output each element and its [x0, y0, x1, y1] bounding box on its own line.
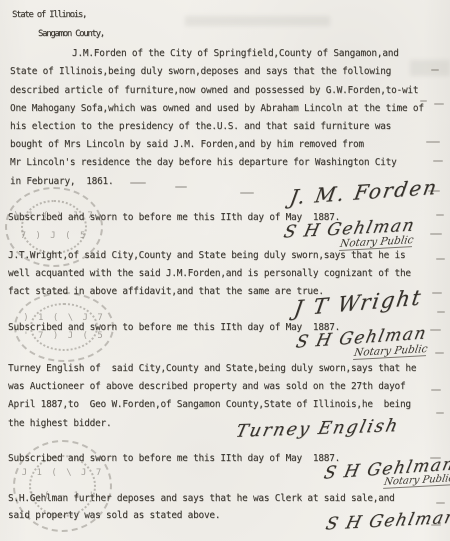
scan-artifact-dash: [130, 182, 146, 184]
scan-smudge: [410, 60, 450, 76]
english-affidavit-line: Turney English of said City,County and S…: [8, 363, 416, 374]
scan-artifact-dash: [432, 292, 442, 294]
notary-public-label: Notary Public: [339, 234, 414, 251]
scan-artifact-dash: [436, 214, 444, 216]
wright-affidavit-line: fact stated in above affidavit,and that …: [8, 286, 324, 297]
scan-artifact-dash: [436, 502, 445, 504]
heading-county: Sangamon County,: [38, 29, 104, 40]
scan-artifact-dash: [436, 258, 445, 260]
scan-artifact-dash: [431, 69, 439, 71]
jurat-line: Subscribed and sworn to before me this I…: [8, 453, 340, 464]
forden-affidavit-line: described article of furniture,now owned…: [10, 85, 418, 96]
scan-artifact-dash: [420, 100, 427, 102]
forden-affidavit-line: Mr Lincoln's residence the day before hi…: [10, 157, 397, 168]
scan-artifact-dash: [430, 329, 441, 331]
forden-affidavit-line: in February, 1861.: [10, 176, 113, 187]
seal-glyphs: 7 ) J ( 5: [5, 231, 103, 241]
forden-affidavit-line: bought of Mrs Lincoln by said J.M. Forde…: [10, 139, 364, 150]
jurat-line: Subscribed and sworn to before me this I…: [8, 322, 340, 333]
scan-artifact-dash: [240, 192, 254, 194]
scan-artifact-dash: [431, 389, 441, 391]
forden-signature: J. M. Forden: [288, 175, 440, 210]
scan-smudge: [185, 16, 330, 26]
scan-artifact-dash: [175, 186, 187, 188]
forden-affidavit-line: State of Illinois,being duly sworn,depos…: [10, 66, 391, 77]
notary-public-label: Notary Public: [353, 343, 428, 360]
scan-artifact-dash: [436, 412, 444, 414]
wright-affidavit-line: J.T.Wright,of said City,County and State…: [8, 250, 405, 261]
seal-inner-ring: [21, 200, 88, 254]
affidavit-document: ) 1 ( \ J 7 7 ) J ( 5 ) 1 ( \ J 7 ' 7 ) …: [0, 0, 450, 541]
heading-state: State of Illinois,: [12, 10, 86, 21]
forden-affidavit-line: One Mahogany Sofa,which was owned and us…: [10, 103, 424, 114]
notary-public-label: Notary Public: [383, 473, 450, 489]
english-affidavit-line: April 1887,to Geo W.Forden,of Sangamon C…: [8, 399, 411, 410]
scan-artifact-dash: [435, 352, 444, 354]
english-signature: Turney English: [234, 416, 402, 442]
gehlman-affidavit-line: S.H.Gehlman further deposes and says tha…: [8, 493, 395, 504]
gehlman-affidavit-line: said property was sold as stated above.: [8, 510, 220, 521]
forden-affidavit-line: his election to the presidency of the.U.…: [10, 121, 391, 132]
forden-affidavit-line: J.M.Forden of the City of Springfield,Co…: [72, 48, 399, 59]
english-affidavit-line: the highest bidder.: [8, 418, 111, 429]
seal-inner-ring: [29, 455, 96, 518]
scan-artifact-dash: [434, 103, 444, 105]
gehlman-signature: S H Gehlman: [324, 507, 450, 534]
wright-affidavit-line: well acquanted with the said J.M.Forden,…: [8, 268, 411, 279]
english-affidavit-line: was Auctioneer of above described proper…: [8, 381, 405, 392]
scan-artifact-dash: [437, 311, 445, 313]
scan-artifact-dash: [433, 160, 443, 162]
scan-artifact-dash: [430, 233, 442, 235]
scan-artifact-dash: [426, 141, 440, 143]
seal-glyphs: J 1 ( \ J 7: [13, 468, 112, 478]
